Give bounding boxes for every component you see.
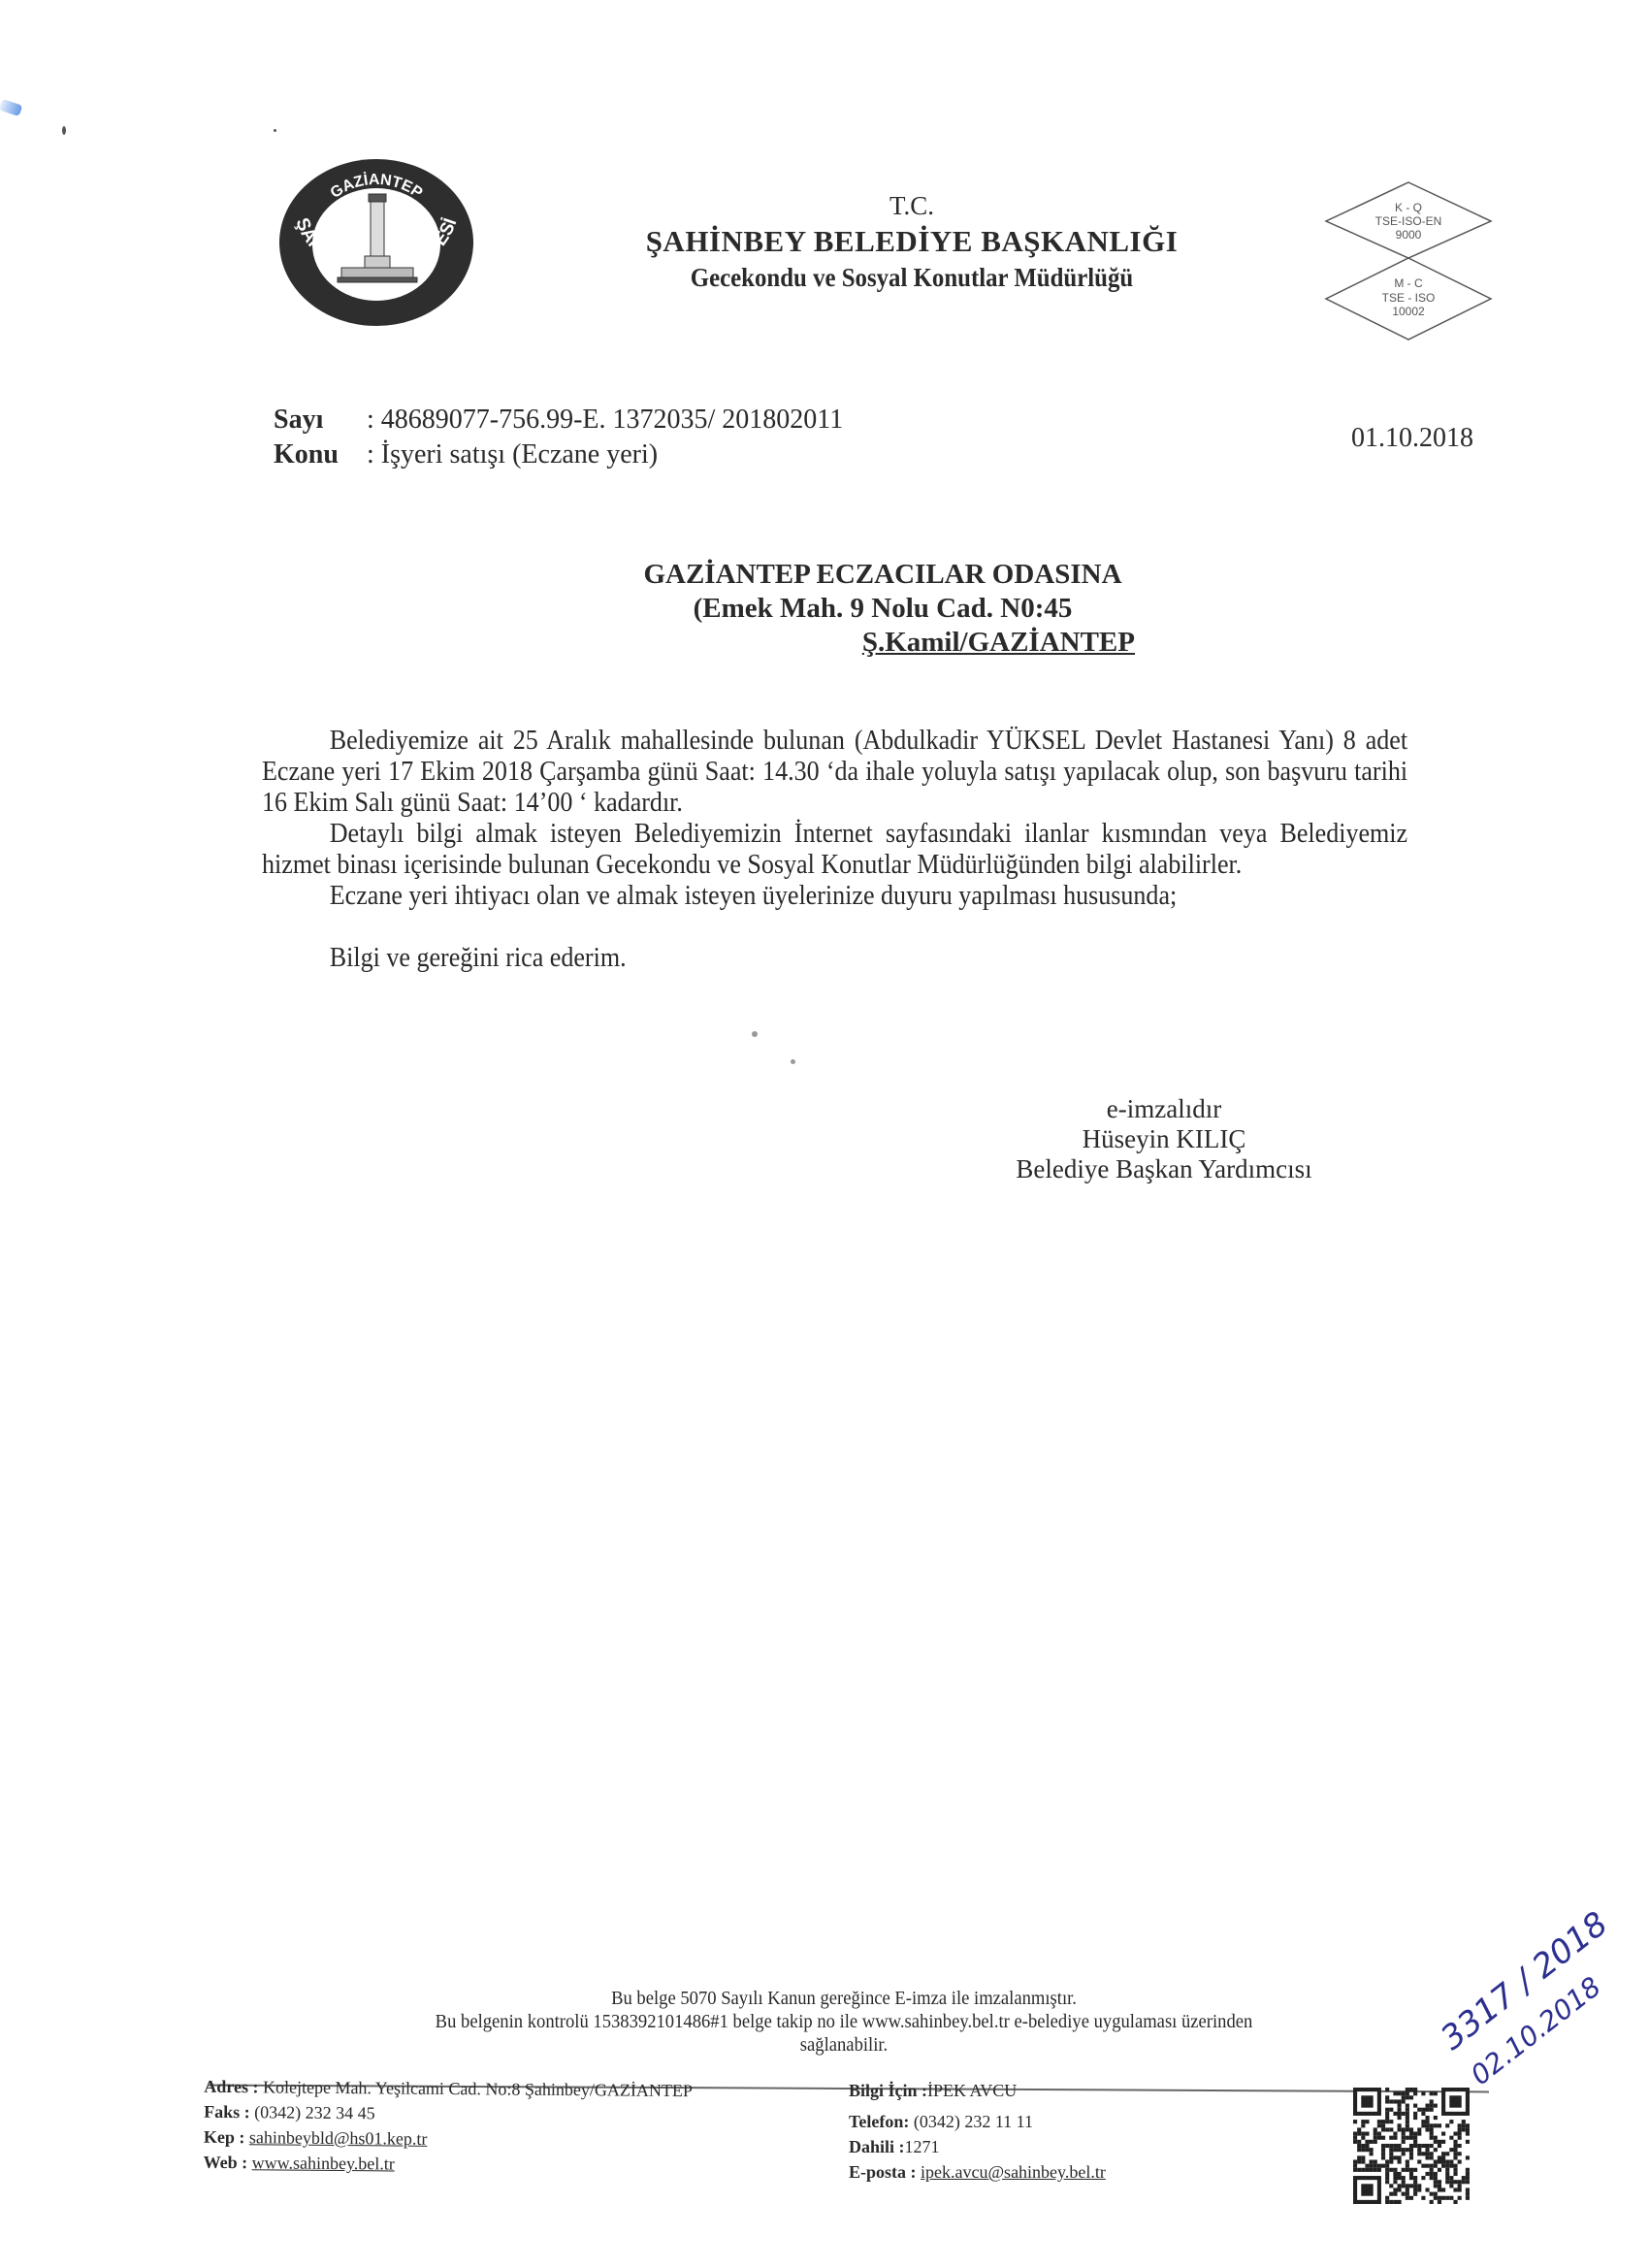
header-department: Gecekondu ve Sosyal Konutlar Müdürlüğü [572,261,1250,294]
scan-artifact-blue-mark [0,99,22,116]
kep-link[interactable]: sahinbeybld@hs01.kep.tr [249,2127,428,2149]
iso-mark-2-line2: TSE - ISO [1382,291,1436,305]
web-label: Web : [204,2153,248,2172]
sayi-label: Sayı [274,403,367,437]
adres-label: Adres : [204,2077,258,2096]
signatory-title: Belediye Başkan Yardımcısı [980,1154,1348,1184]
sayi-value: : 48689077-756.99-E. 1372035/ 201802011 [367,405,843,435]
paragraph-2: Detaylı bilgi almak isteyen Belediyemizi… [262,819,1407,881]
scan-dust [62,126,66,135]
iso-certification-marks: K - Q TSE-ISO-EN 9000 M - C TSE - ISO 10… [1311,163,1505,357]
document-meta: Sayı: 48689077-756.99-E. 1372035/ 201802… [274,403,843,472]
header-organization: ŞAHİNBEY BELEDİYE BAŞKANLIĞI [543,222,1280,261]
iso-mark-1-line3: 9000 [1396,228,1422,242]
document-date: 01.10.2018 [1351,423,1473,454]
addressee-city: Ş.Kamil/GAZİANTEP [582,626,1183,660]
addressee-street: (Emek Mah. 9 Nolu Cad. N0:45 [582,592,1183,626]
addressee-name: GAZİANTEP ECZACILAR ODASINA [582,558,1183,592]
scan-dust [752,1031,758,1037]
letterhead: T.C. ŞAHİNBEY BELEDİYE BAŞKANLIĞI Geceko… [543,189,1280,294]
bilgi-label: Bilgi İçin : [849,2081,927,2100]
eposta-link[interactable]: ipek.avcu@sahinbey.bel.tr [921,2162,1106,2182]
telefon-label: Telefon: [849,2112,909,2131]
addressee: GAZİANTEP ECZACILAR ODASINA (Emek Mah. 9… [582,558,1183,660]
kep-label: Kep : [204,2127,245,2147]
scan-dust [274,129,276,132]
qr-code-icon[interactable] [1353,2088,1470,2204]
telefon-value: (0342) 232 11 11 [914,2112,1033,2131]
web-link[interactable]: www.sahinbey.bel.tr [252,2153,395,2173]
signature-status: e-imzalıdır [980,1094,1348,1124]
footer-contact-left: Adres : Kolejtepe Mah. Yeşilcami Cad. No… [204,2074,694,2179]
paragraph-closing: Bilgi ve gereğini rica ederim. [262,943,1407,974]
dahili-label: Dahili : [849,2137,905,2156]
footer-contact-right: Bilgi İçin :İPEK AVCU Telefon: (0342) 23… [849,2078,1106,2185]
paragraph-3: Eczane yeri ihtiyacı olan ve almak istey… [262,881,1407,912]
adres-value: Kolejtepe Mah. Yeşilcami Cad. No:8 Şahin… [263,2077,693,2100]
handwritten-registry-note: 3317 / 2018 02.10.2018 [1426,1974,1600,2100]
iso-mark-2-line3: 10002 [1392,305,1425,318]
iso-mark-1-line1: K - Q [1395,201,1422,214]
faks-value: (0342) 232 34 45 [254,2102,375,2122]
dahili-value: 1271 [905,2137,940,2156]
signature-block: e-imzalıdır Hüseyin KILIÇ Belediye Başka… [980,1094,1348,1184]
esign-notice: Bu belge 5070 Sayılı Kanun gereğince E-i… [330,1987,1358,2057]
signatory-name: Hüseyin KILIÇ [980,1124,1348,1154]
esign-notice-line2: Bu belgenin kontrolü 1538392101486#1 bel… [330,2010,1358,2033]
iso-mark-1-line2: TSE-ISO-EN [1375,214,1442,228]
esign-notice-line3: sağlanabilir. [330,2033,1358,2057]
eposta-label: E-posta : [849,2162,917,2182]
iso-mark-2-line1: M - C [1394,276,1423,290]
konu-label: Konu [274,437,367,472]
letter-body: Belediyemize ait 25 Aralık mahallesinde … [262,726,1407,974]
esign-notice-line1: Bu belge 5070 Sayılı Kanun gereğince E-i… [330,1987,1358,2010]
konu-value: : İşyeri satışı (Eczane yeri) [367,439,658,470]
faks-label: Faks : [204,2102,250,2122]
paragraph-1: Belediyemize ait 25 Aralık mahallesinde … [262,726,1407,819]
municipality-logo: GAZİANTEP ŞAHİNBEY BELEDİYESİ [274,155,479,330]
scan-dust [791,1059,795,1064]
bilgi-value: İPEK AVCU [927,2081,1017,2100]
header-tc: T.C. [543,189,1280,222]
